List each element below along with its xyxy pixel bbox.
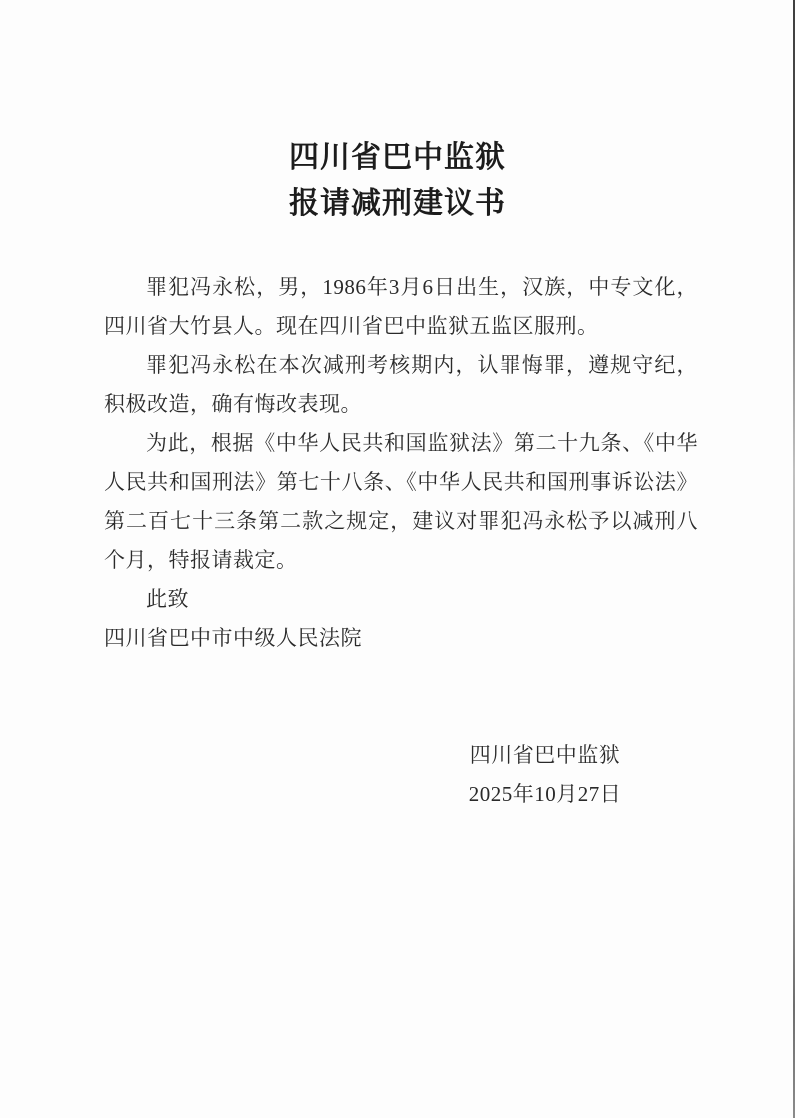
- document-title: 四川省巴中监狱 报请减刑建议书: [0, 135, 795, 227]
- paragraph-legal-basis: 为此，根据《中华人民共和国监狱法》第二十九条、《中华人民共和国刑法》第七十八条、…: [104, 424, 698, 580]
- title-line-org: 四川省巴中监狱: [0, 135, 795, 181]
- addressee-court: 四川省巴中市中级人民法院: [104, 619, 698, 658]
- paragraph-performance: 罪犯冯永松在本次减刑考核期内，认罪悔罪，遵规守纪，积极改造，确有悔改表现。: [104, 346, 698, 424]
- title-line-doc-type: 报请减刑建议书: [0, 181, 795, 227]
- signature-organization: 四川省巴中监狱: [420, 736, 670, 775]
- signature-block: 四川省巴中监狱 2025年10月27日: [420, 736, 670, 814]
- paragraph-convict-info: 罪犯冯永松，男，1986年3月6日出生，汉族，中专文化，四川省大竹县人。现在四川…: [104, 268, 698, 346]
- closing-salutation: 此致: [104, 580, 698, 619]
- document-body: 罪犯冯永松，男，1986年3月6日出生，汉族，中专文化，四川省大竹县人。现在四川…: [104, 268, 698, 658]
- signature-date: 2025年10月27日: [420, 775, 670, 814]
- scanned-document-page: 四川省巴中监狱 报请减刑建议书 罪犯冯永松，男，1986年3月6日出生，汉族，中…: [0, 0, 795, 1118]
